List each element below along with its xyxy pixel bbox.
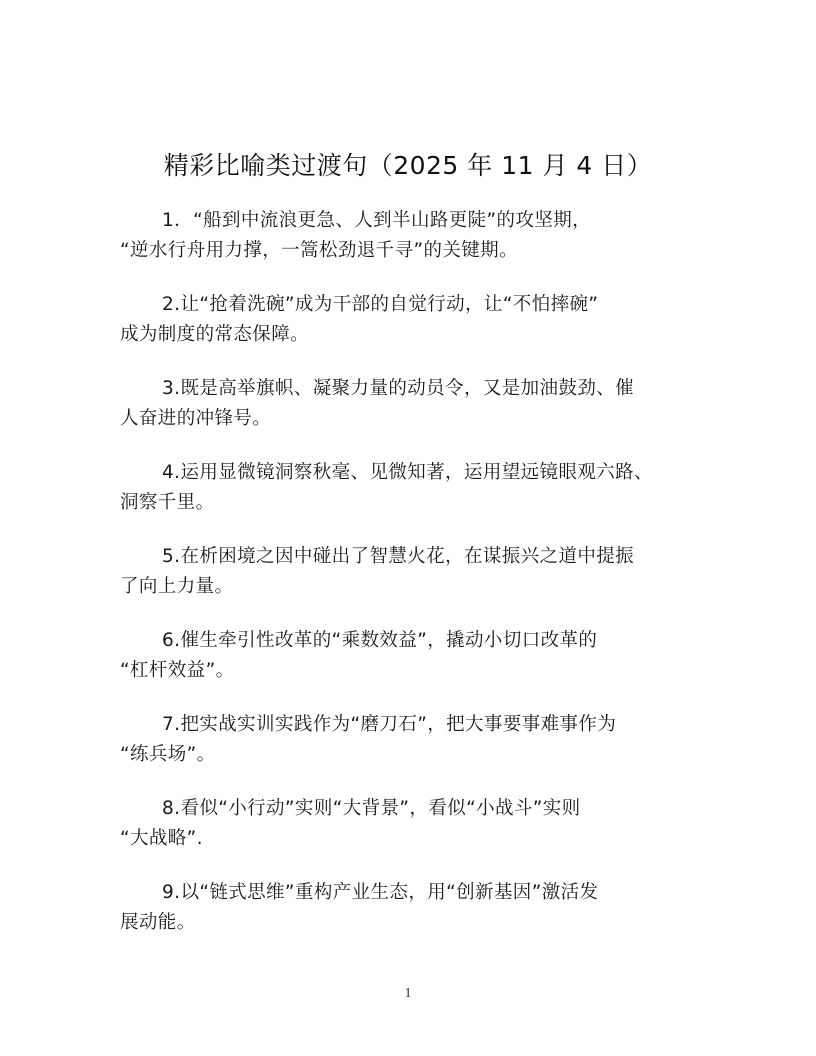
paragraph-5: 5.在析困境之因中碰出了智慧火花，在谋振兴之道中提振 了向上力量。 [120,542,705,602]
paragraph-line: 2.让“抢着洗碗”成为干部的自觉行动，让“不怕摔碗” [120,290,705,320]
document-title: 精彩比喻类过渡句（2025 年 11 月 4 日） [0,148,816,184]
paragraph-7: 7.把实战实训实践作为“磨刀石”，把大事要事难事作为 “练兵场”。 [120,710,705,770]
paragraph-line: 7.把实战实训实践作为“磨刀石”，把大事要事难事作为 [120,710,705,740]
paragraph-line: 展动能。 [120,908,705,938]
paragraph-line: 3.既是高举旗帜、凝聚力量的动员令，又是加油鼓劲、催 [120,374,705,404]
document-body: 1．“船到中流浪更急、人到半山路更陡”的攻坚期， “逆水行舟用力撑，一篙松劲退千… [120,206,705,962]
paragraph-line: “练兵场”。 [120,740,705,770]
paragraph-3: 3.既是高举旗帜、凝聚力量的动员令，又是加油鼓劲、催 人奋进的冲锋号。 [120,374,705,434]
paragraph-line: “大战略”. [120,824,705,854]
paragraph-line: 了向上力量。 [120,572,705,602]
paragraph-line: 人奋进的冲锋号。 [120,404,705,434]
paragraph-line: 1．“船到中流浪更急、人到半山路更陡”的攻坚期， [120,206,705,236]
paragraph-4: 4.运用显微镜洞察秋毫、见微知著，运用望远镜眼观六路、 洞察千里。 [120,458,705,518]
paragraph-1: 1．“船到中流浪更急、人到半山路更陡”的攻坚期， “逆水行舟用力撑，一篙松劲退千… [120,206,705,266]
paragraph-9: 9.以“链式思维”重构产业生态，用“创新基因”激活发 展动能。 [120,878,705,938]
paragraph-2: 2.让“抢着洗碗”成为干部的自觉行动，让“不怕摔碗” 成为制度的常态保障。 [120,290,705,350]
document-page: 精彩比喻类过渡句（2025 年 11 月 4 日） 1．“船到中流浪更急、人到半… [0,0,816,1056]
paragraph-line: 洞察千里。 [120,488,705,518]
paragraph-line: 5.在析困境之因中碰出了智慧火花，在谋振兴之道中提振 [120,542,705,572]
paragraph-line: “杠杆效益”。 [120,656,705,686]
paragraph-line: 9.以“链式思维”重构产业生态，用“创新基因”激活发 [120,878,705,908]
paragraph-6: 6.催生牵引性改革的“乘数效益”，撬动小切口改革的 “杠杆效益”。 [120,626,705,686]
page-number: 1 [0,986,816,1002]
paragraph-8: 8.看似“小行动”实则“大背景”，看似“小战斗”实则 “大战略”. [120,794,705,854]
paragraph-line: “逆水行舟用力撑，一篙松劲退千寻”的关键期。 [120,236,705,266]
paragraph-line: 成为制度的常态保障。 [120,320,705,350]
paragraph-line: 4.运用显微镜洞察秋毫、见微知著，运用望远镜眼观六路、 [120,458,705,488]
paragraph-line: 6.催生牵引性改革的“乘数效益”，撬动小切口改革的 [120,626,705,656]
paragraph-line: 8.看似“小行动”实则“大背景”，看似“小战斗”实则 [120,794,705,824]
